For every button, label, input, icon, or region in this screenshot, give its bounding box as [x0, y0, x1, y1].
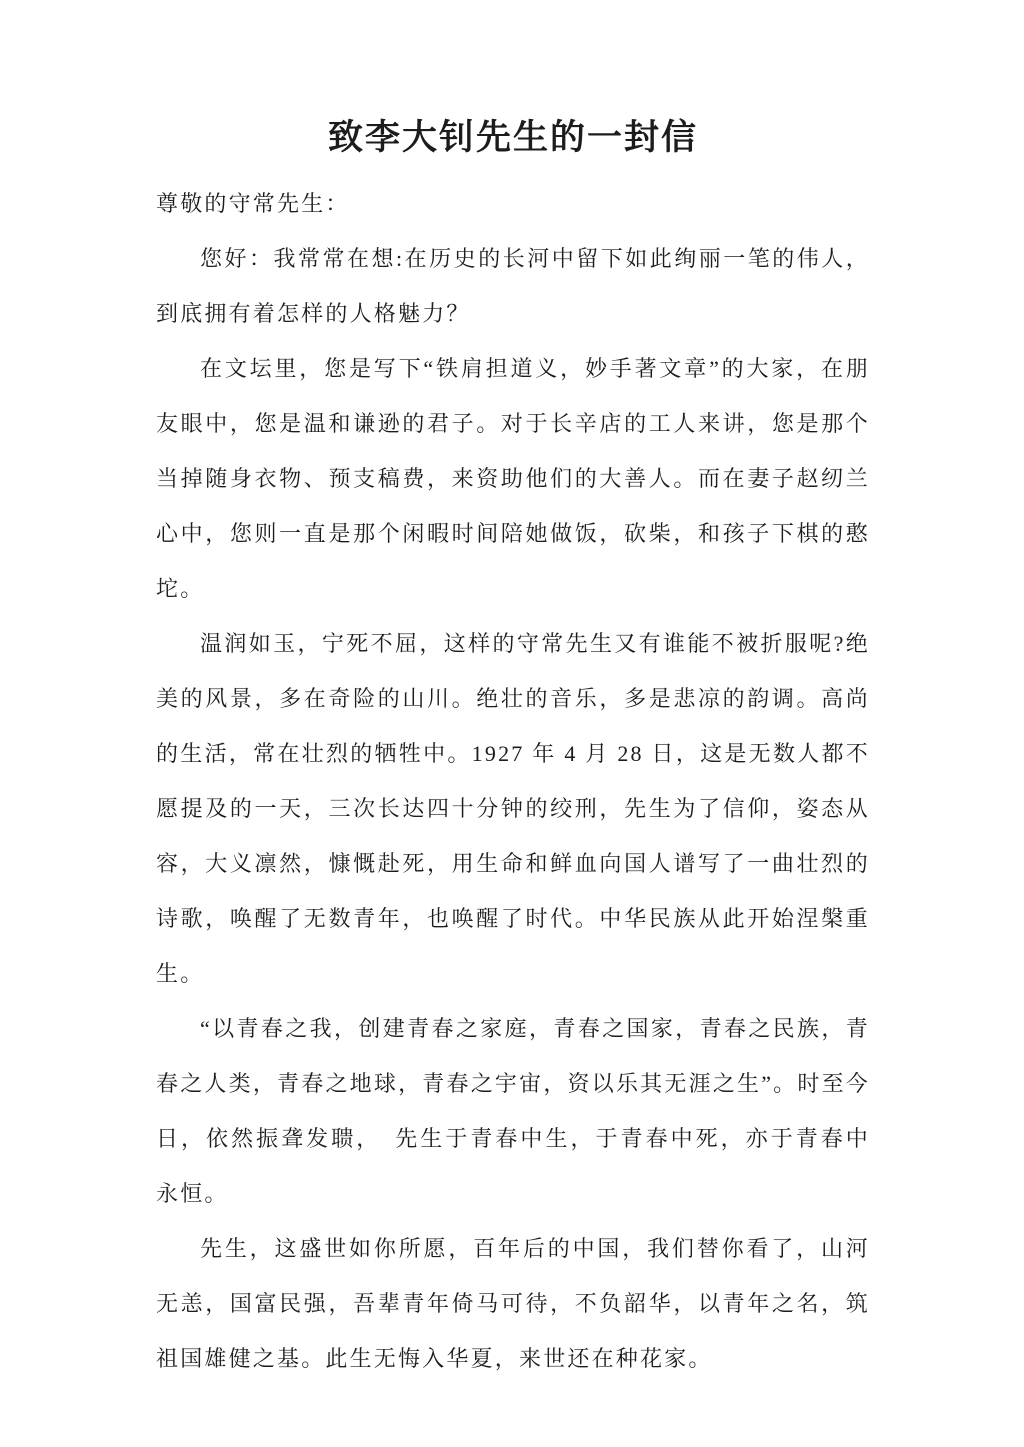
- document-title: 致李大钊先生的一封信: [156, 112, 870, 164]
- paragraph-3: 温润如玉，宁死不屈，这样的守常先生又有谁能不被折服呢?绝美的风景，多在奇险的山川…: [156, 616, 870, 1001]
- paragraph-5: 先生，这盛世如你所愿，百年后的中国，我们替你看了，山河无恙，国富民强，吾辈青年倚…: [156, 1221, 870, 1386]
- paragraph-1: 您好：我常常在想:在历史的长河中留下如此绚丽一笔的伟人，到底拥有着怎样的人格魅力…: [156, 231, 870, 341]
- paragraph-4: “以青春之我，创建青春之家庭，青春之国家，青春之民族，青春之人类，青春之地球，青…: [156, 1001, 870, 1221]
- document-page: 致李大钊先生的一封信 尊敬的守常先生： 您好：我常常在想:在历史的长河中留下如此…: [0, 0, 1024, 1447]
- salutation: 尊敬的守常先生：: [156, 176, 870, 231]
- paragraph-2: 在文坛里，您是写下“铁肩担道义，妙手著文章”的大家，在朋友眼中，您是温和谦逊的君…: [156, 341, 870, 616]
